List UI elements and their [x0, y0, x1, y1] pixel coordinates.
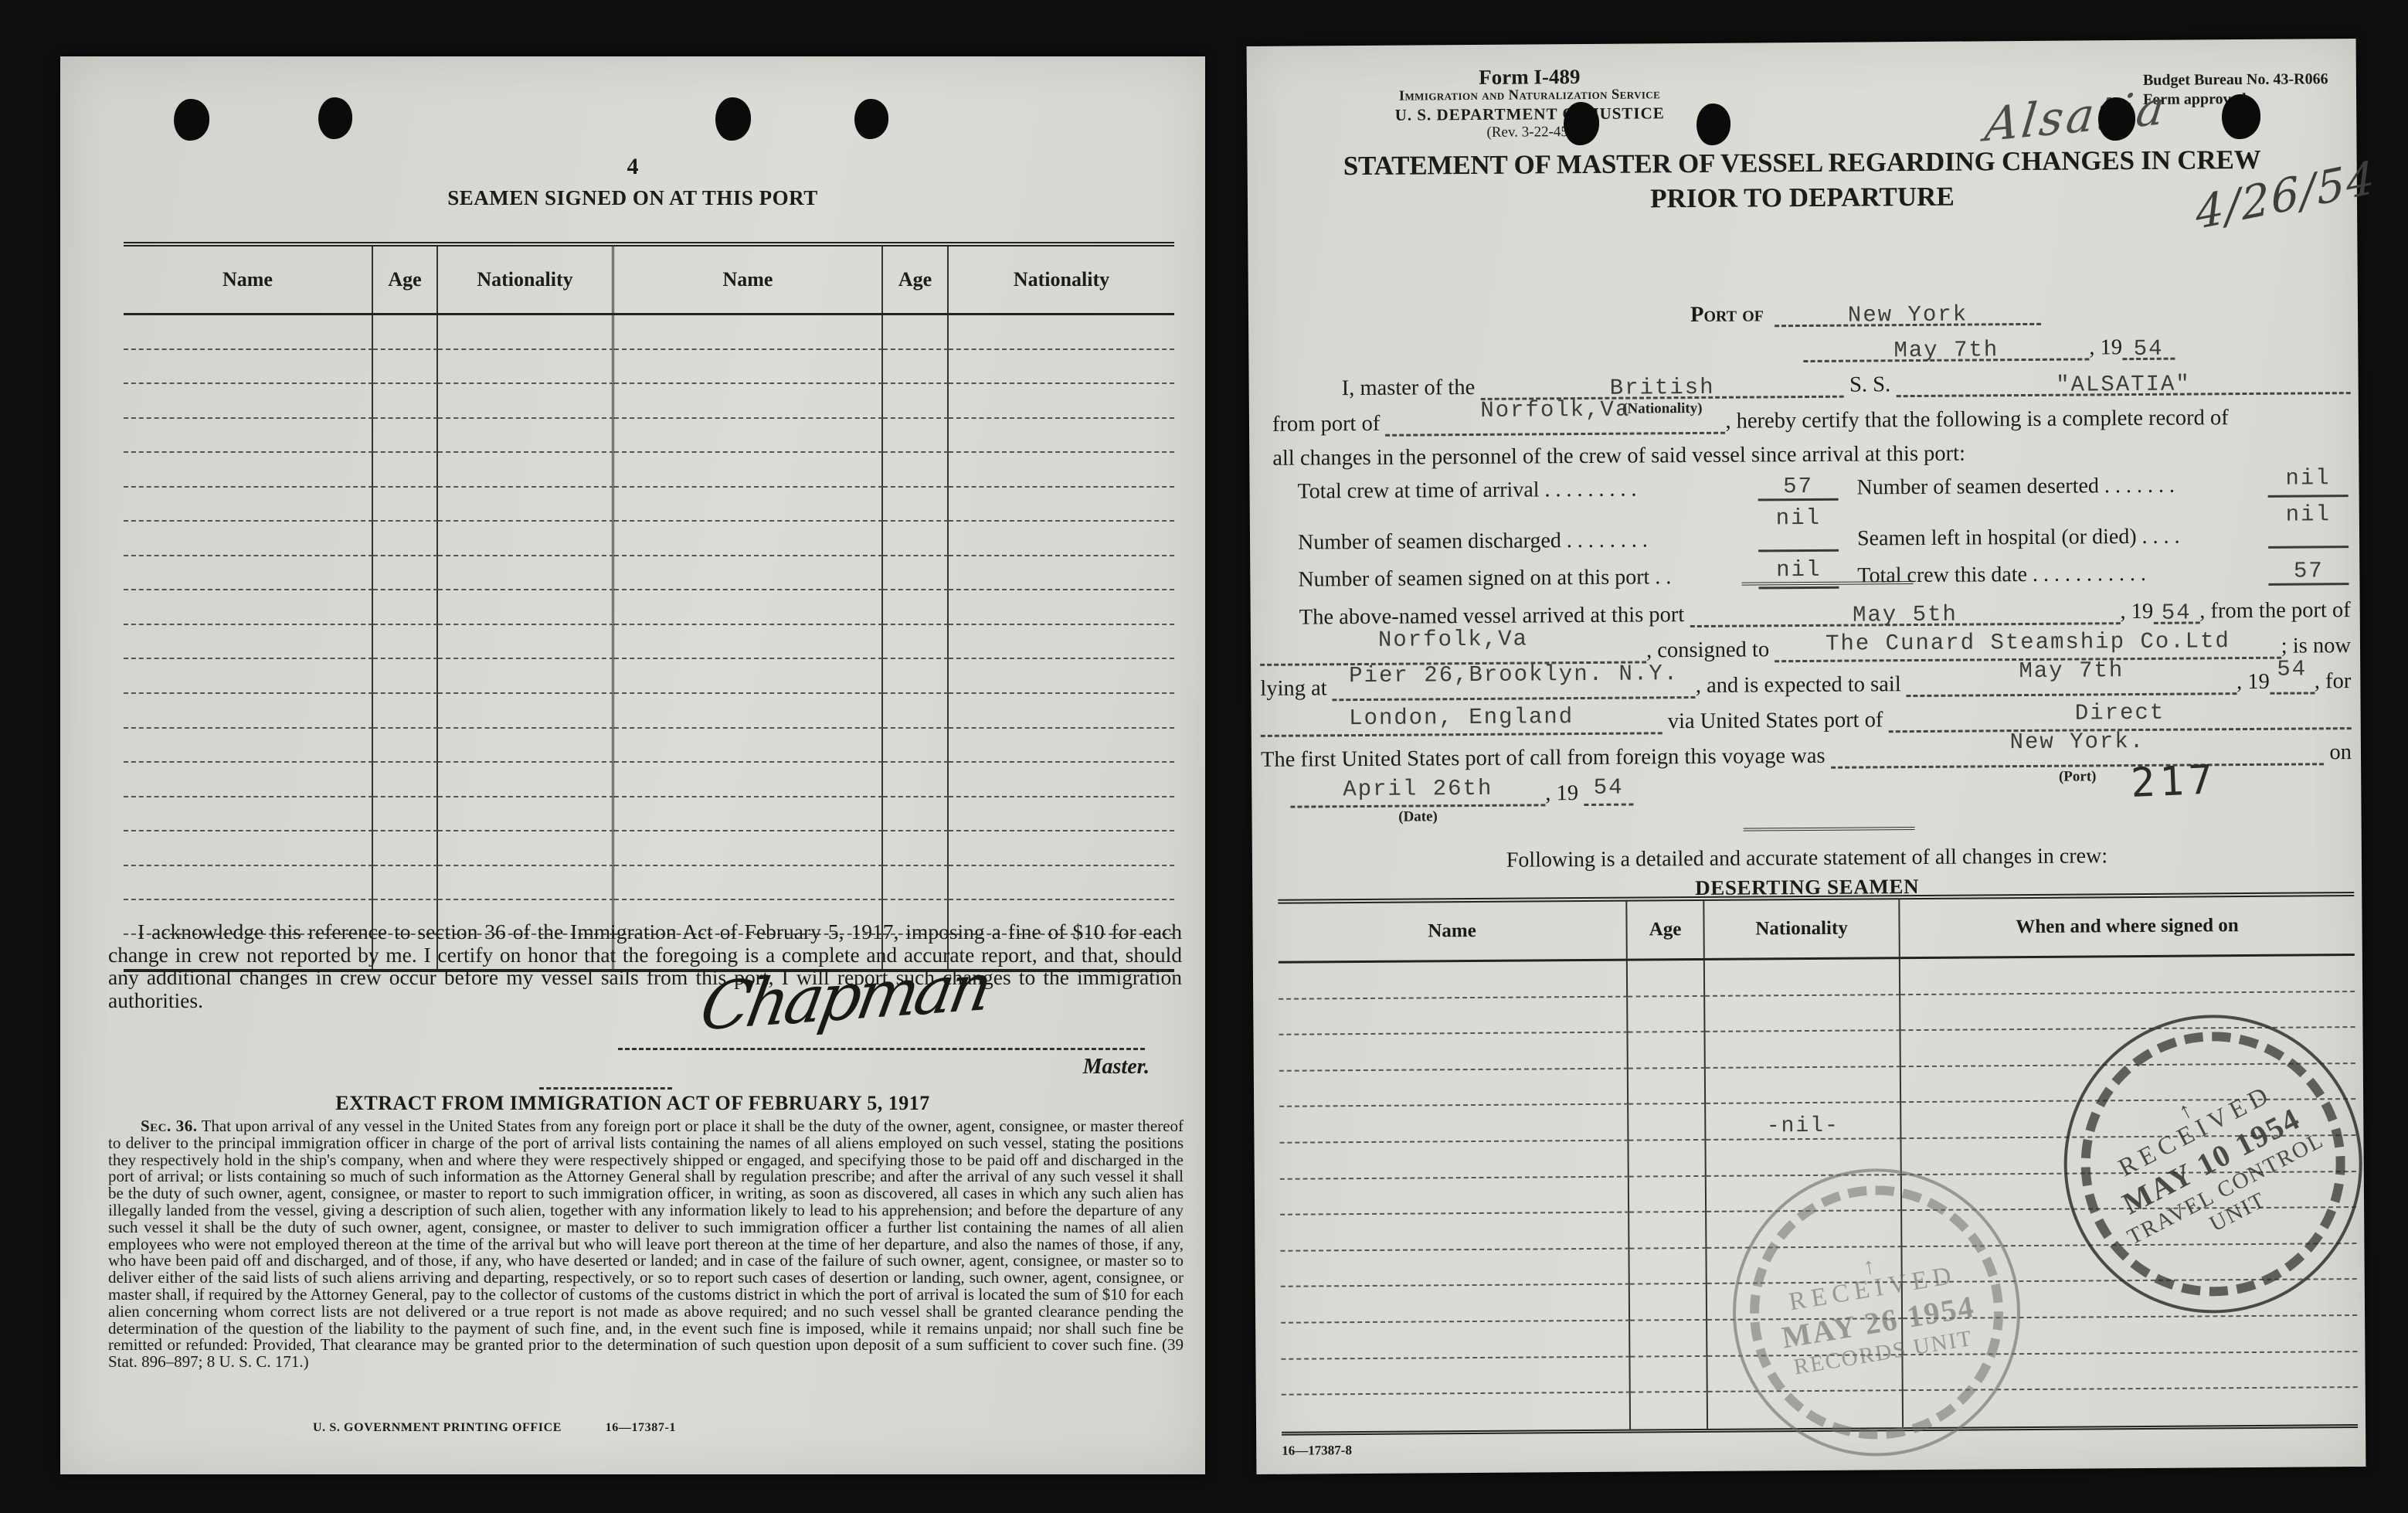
stamp-received-label: RECEIVED: [2093, 1068, 2300, 1195]
table-cell: [1629, 1176, 1707, 1212]
destination-field: London, England: [1261, 708, 1663, 737]
count-value: nil: [1758, 563, 1839, 590]
table-cell: [614, 866, 883, 901]
arrival-text: via United States port of: [1663, 708, 1889, 734]
table-cell: [614, 831, 883, 866]
table-cell: [1628, 960, 1705, 997]
stamp-arrow-icon: ↑: [1771, 1243, 1966, 1290]
table-cell: [949, 763, 1174, 797]
table-cell: [1705, 1031, 1900, 1068]
table-cell: [883, 797, 949, 832]
table-cell: [883, 866, 949, 901]
table-cell: [949, 694, 1174, 729]
table-cell: [614, 384, 883, 419]
table-cell: [1280, 1177, 1629, 1215]
table-cell: [883, 763, 949, 797]
ss-label: S. S.: [1844, 372, 1897, 397]
table-cell: [124, 797, 373, 832]
table-row: [124, 556, 1174, 591]
table-cell: [949, 522, 1174, 556]
table-cell: [373, 590, 438, 625]
table-cell: [438, 453, 614, 488]
agency-name: Immigration and Naturalization Service: [1375, 85, 1684, 106]
table-cell: [614, 625, 883, 660]
table-cell: [614, 763, 883, 797]
date-field: May 7th: [1803, 334, 2089, 362]
master-of-the-label: I, master of the: [1342, 376, 1481, 401]
table-cell: [1900, 992, 2355, 1032]
table-cell: [373, 659, 438, 694]
certify-text: , hereby certify that the following is a…: [1725, 406, 2229, 434]
table-cell: [614, 453, 883, 488]
sail-date-field: May 7th: [1907, 668, 2237, 697]
table-cell: [1630, 1356, 1707, 1392]
following-statement: Following is a detailed and accurate sta…: [1319, 843, 2295, 875]
count-value: nil: [2267, 471, 2348, 498]
table-cell: [614, 797, 883, 832]
table-row: [124, 453, 1174, 488]
table-cell: [124, 419, 373, 454]
form-title-line2: PRIOR TO DEPARTURE: [1279, 178, 2326, 216]
gpo-code: 16—17387-1: [586, 1421, 696, 1434]
table-header-row: Name Age Nationality When and where sign…: [1278, 896, 2355, 964]
table-cell: [1279, 1105, 1629, 1144]
table-cell: [949, 350, 1174, 385]
table-cell: [438, 315, 614, 350]
vessel-name-field: "ALSATIA": [1896, 368, 2351, 397]
table-cell: [438, 488, 614, 522]
table-cell: [1628, 997, 1705, 1033]
crew-counts: Total crew at time of arrival . . . . . …: [1297, 471, 2349, 592]
table-cell: [1629, 1141, 1706, 1177]
table-cell: [949, 590, 1174, 625]
column-header: Age: [1627, 901, 1705, 959]
master-label: Master.: [1018, 1055, 1150, 1079]
table-cell: [373, 831, 438, 866]
table-cell: [373, 556, 438, 591]
table-cell: [883, 453, 949, 488]
first-call-date-field: April 26th (Date): [1290, 780, 1545, 807]
table-cell: [1630, 1321, 1707, 1357]
left-page: 4 SEAMEN SIGNED ON AT THIS PORT Name Age…: [60, 56, 1205, 1474]
table-cell: [614, 590, 883, 625]
table-row: [124, 384, 1174, 419]
received-stamp-travel-control: ↑ RECEIVED MAY 10 1954 TRAVEL CONTROL UN…: [2063, 1014, 2363, 1314]
stamp-unit-line1: TRAVEL CONTROL: [2123, 1127, 2328, 1250]
table-cell: [883, 831, 949, 866]
table-cell: [614, 419, 883, 454]
table-cell: [1900, 956, 2355, 995]
seamen-signed-on-table: Name Age Nationality Name Age Nationalit…: [124, 242, 1174, 972]
extract-paragraph: Sec. 36. That upon arrival of any vessel…: [108, 1118, 1184, 1371]
table-header-row: Name Age Nationality Name Age Nationalit…: [124, 246, 1174, 315]
arrival-text: The first United States port of call fro…: [1261, 744, 1831, 773]
table-cell: [883, 384, 949, 419]
table-row: [124, 419, 1174, 454]
left-page-title: SEAMEN SIGNED ON AT THIS PORT: [60, 186, 1205, 210]
stamp-unit-line2: UNIT: [2135, 1151, 2341, 1274]
arrival-text: on: [2324, 740, 2352, 765]
table-cell: [1629, 1069, 1706, 1105]
table-cell: [438, 590, 614, 625]
table-cell: [1281, 1285, 1630, 1324]
table-cell: [614, 488, 883, 522]
right-page: Form I-489 Immigration and Naturalizatio…: [1247, 39, 2366, 1474]
count-signed-on: Number of seamen signed on at this port …: [1298, 563, 1839, 593]
table-cell: [438, 419, 614, 454]
gpo-footer: U. S. GOVERNMENT PRINTING OFFICE 16—1738…: [108, 1421, 881, 1435]
stamp-received-label: RECEIVED: [1774, 1258, 1971, 1320]
extract-title: EXTRACT FROM IMMIGRATION ACT OF FEBRUARY…: [60, 1092, 1205, 1115]
arrival-text: , consigned to: [1646, 637, 1775, 663]
signature-line-short: [539, 1087, 672, 1090]
table-cell: [438, 556, 614, 591]
table-cell: [1282, 1393, 1631, 1432]
table-cell: [438, 625, 614, 660]
section-divider: [1744, 827, 1915, 831]
extract-body: That upon arrival of any vessel in the U…: [108, 1117, 1184, 1371]
table-cell: [1630, 1284, 1707, 1321]
table-cell: [438, 659, 614, 694]
handwritten-number: 217: [2130, 756, 2218, 807]
from-port-label: from port of: [1272, 412, 1386, 437]
table-cell: [124, 625, 373, 660]
table-cell: [949, 625, 1174, 660]
arrival-text: , and is expected to sail: [1696, 672, 1907, 699]
form-print-code: 16—17387-8: [1282, 1443, 1352, 1459]
table-cell: [124, 590, 373, 625]
table-cell: [1706, 1067, 1901, 1104]
table-row: [124, 315, 1174, 350]
table-cell: [949, 831, 1174, 866]
received-stamp-records-unit: ↑ RECEIVED MAY 26 1954 RECORDS UNIT: [1732, 1168, 2022, 1457]
table-cell: [614, 556, 883, 591]
first-us-port-field: New York. (Port): [1831, 739, 2325, 768]
column-header: Age: [373, 246, 438, 313]
table-cell: [949, 315, 1174, 350]
table-row: [124, 694, 1174, 729]
table-cell: [883, 729, 949, 763]
table-cell: [124, 694, 373, 729]
port-of-label: Port of: [1690, 302, 1764, 328]
count-deserted: Number of seamen deserted . . . . . . . …: [1856, 471, 2348, 500]
count-value: 57: [2268, 559, 2349, 586]
table-cell: [883, 625, 949, 660]
column-header: Name: [124, 246, 373, 313]
year-prefix: , 19: [2089, 335, 2122, 360]
table-cell: [124, 866, 373, 901]
form-title-line1: STATEMENT OF MASTER OF VESSEL REGARDING …: [1279, 144, 2326, 182]
table-cell: [614, 659, 883, 694]
table-cell: [438, 729, 614, 763]
table-cell: [438, 866, 614, 901]
table-cell: [373, 315, 438, 350]
table-cell: [1279, 997, 1628, 1035]
table-cell: [438, 763, 614, 797]
stamp-date: MAY 26 1954: [1779, 1288, 1978, 1356]
gpo-office: U. S. GOVERNMENT PRINTING OFFICE: [293, 1421, 582, 1434]
table-cell: [883, 556, 949, 591]
page-number: 4: [60, 154, 1205, 180]
date-sublabel: (Date): [1290, 804, 1545, 829]
table-cell: [1705, 959, 1900, 996]
table-row: [124, 831, 1174, 866]
table-cell: [438, 350, 614, 385]
arrival-line-3: lying at Pier 26,Brooklyn. N.Y. , and is…: [1260, 668, 2351, 702]
table-cell: [373, 694, 438, 729]
table-cell: [949, 453, 1174, 488]
column-header: When and where signed on: [1900, 896, 2355, 957]
table-row: [124, 729, 1174, 763]
year-field: 54: [2122, 334, 2175, 360]
table-cell: [124, 763, 373, 797]
table-cell: [883, 488, 949, 522]
arrival-text: , 19: [2120, 600, 2153, 624]
table-row: [124, 763, 1174, 797]
table-cell: [438, 797, 614, 832]
table-cell: [373, 866, 438, 901]
nil-entry: -nil-: [1706, 1103, 1901, 1141]
arrival-text: , for: [2315, 669, 2352, 694]
table-cell: [949, 729, 1174, 763]
table-cell: [883, 590, 949, 625]
arrival-text: , 19: [1545, 781, 1584, 806]
certify-text-line2: all changes in the personnel of the crew…: [1272, 442, 1965, 471]
count-hospital: Seamen left in hospital (or died) . . . …: [1857, 508, 2349, 551]
port-of-line: Port of New York: [1690, 299, 2041, 328]
count-value: 57: [1758, 475, 1838, 501]
table-cell: [1280, 1249, 1629, 1287]
table-cell: [124, 384, 373, 419]
table-cell: [1631, 1392, 1708, 1429]
table-cell: [124, 831, 373, 866]
column-header: Nationality: [438, 246, 614, 313]
table-cell: [124, 729, 373, 763]
table-body: [124, 315, 1174, 969]
table-cell: [373, 419, 438, 454]
table-cell: [373, 797, 438, 832]
count-value: nil: [2268, 508, 2349, 549]
count-total-today: Total crew this date . . . . . . . . . .…: [1857, 559, 2349, 588]
table-cell: [883, 419, 949, 454]
table-cell: [614, 350, 883, 385]
table-row: [124, 522, 1174, 556]
arrived-date-field: May 5th: [1690, 598, 2120, 627]
from-port-field: Norfolk,Va: [1385, 408, 1725, 437]
sail-year-field: 54: [2270, 668, 2315, 694]
column-header: Nationality: [949, 246, 1174, 313]
table-cell: [949, 659, 1174, 694]
table-cell: [373, 384, 438, 419]
table-cell: [883, 694, 949, 729]
table-row: [124, 659, 1174, 694]
table-row: [124, 350, 1174, 385]
table-cell: [373, 522, 438, 556]
table-cell: [124, 488, 373, 522]
signature-line: [618, 1048, 1145, 1050]
table-cell: [1279, 1141, 1629, 1180]
department-name: U. S. DEPARTMENT OF JUSTICE: [1375, 104, 1684, 124]
table-cell: [124, 556, 373, 591]
table-cell: [614, 694, 883, 729]
table-cell: [949, 556, 1174, 591]
column-header: Name: [1278, 902, 1628, 961]
table-cell: [373, 350, 438, 385]
table-cell: [124, 659, 373, 694]
table-cell: [124, 522, 373, 556]
table-cell: [614, 729, 883, 763]
arrived-year-field: 54: [2153, 597, 2199, 624]
table-cell: [883, 522, 949, 556]
table-cell: [373, 453, 438, 488]
table-row: [124, 866, 1174, 901]
table-cell: [438, 694, 614, 729]
table-cell: [373, 763, 438, 797]
column-header: Age: [883, 246, 949, 313]
table-row: [124, 590, 1174, 625]
form-id-block: Form I-489 Immigration and Naturalizatio…: [1375, 66, 1685, 143]
arrival-text: ; is now: [2281, 634, 2351, 659]
count-discharged: Number of seamen discharged . . . . . . …: [1298, 512, 1839, 556]
table-cell: [883, 315, 949, 350]
table-cell: [614, 315, 883, 350]
table-cell: [124, 315, 373, 350]
first-call-year-field: 54: [1584, 780, 1633, 806]
table-cell: [949, 419, 1174, 454]
table-cell: [1629, 1249, 1707, 1285]
arrival-line-1: The above-named vessel arrived at this p…: [1299, 597, 2351, 631]
table-cell: [1281, 1321, 1630, 1360]
count-value: nil: [1758, 512, 1839, 552]
table-cell: [1705, 995, 1900, 1032]
table-row: [124, 797, 1174, 832]
master-certify-line: I, master of the British (Nationality) S…: [1342, 368, 2351, 401]
acknowledgment-paragraph: I acknowledge this reference to section …: [108, 920, 1182, 1011]
table-cell: [949, 797, 1174, 832]
form-number: Form I-489: [1375, 66, 1684, 87]
column-header: Nationality: [1704, 899, 1900, 958]
table-cell: [1280, 1213, 1629, 1252]
table-cell: [949, 488, 1174, 522]
arrival-line-4: London, England via United States port o…: [1261, 703, 2352, 737]
port-sublabel: (Port): [1831, 763, 2325, 790]
arrival-text: , from the port of: [2199, 598, 2351, 624]
lying-at-field: Pier 26,Brooklyn. N.Y.: [1333, 672, 1696, 701]
arrival-line-2: Norfolk,Va , consigned to The Cunard Ste…: [1260, 632, 2351, 666]
table-cell: [438, 384, 614, 419]
section-label: Sec. 36.: [141, 1117, 198, 1135]
table-cell: [438, 831, 614, 866]
table-cell: [1281, 1357, 1630, 1396]
revision-date: (Rev. 3-22-45): [1375, 122, 1684, 143]
table-cell: [373, 625, 438, 660]
arrival-text: , 19: [2236, 670, 2270, 695]
stamp-date: MAY 10 1954: [2107, 1094, 2317, 1227]
table-cell: [1628, 1032, 1705, 1069]
table-cell: [883, 659, 949, 694]
count-total-arrival: Total crew at time of arrival . . . . . …: [1297, 475, 1838, 505]
arrival-line-6: April 26th (Date) , 19 54: [1290, 780, 1633, 808]
nationality-field: British (Nationality): [1480, 372, 1844, 400]
table-cell: [614, 522, 883, 556]
from-port-line: from port of Norfolk,Va , hereby certify…: [1272, 403, 2351, 437]
statement-date-line: May 7th , 19 54: [1803, 333, 2203, 362]
table-cell: [373, 729, 438, 763]
table-cell: [124, 350, 373, 385]
table-cell: [1279, 961, 1628, 1000]
table-cell: [373, 488, 438, 522]
table-cell: [949, 384, 1174, 419]
table-cell: [1629, 1212, 1707, 1249]
stamp-arrow-icon: ↑: [2085, 1054, 2285, 1168]
stamp-unit-line1: RECORDS UNIT: [1785, 1324, 1982, 1382]
table-cell: [949, 866, 1174, 901]
table-cell: [1279, 1033, 1629, 1072]
table-cell: [124, 453, 373, 488]
table-cell: [1279, 1069, 1629, 1107]
table-row: [124, 625, 1174, 660]
table-row: [124, 488, 1174, 522]
arrival-text: lying at: [1260, 676, 1333, 702]
table-cell: [883, 350, 949, 385]
column-header: Name: [614, 246, 883, 313]
table-cell: [438, 522, 614, 556]
table-cell: [1629, 1104, 1706, 1141]
port-field: New York: [1775, 299, 2041, 327]
